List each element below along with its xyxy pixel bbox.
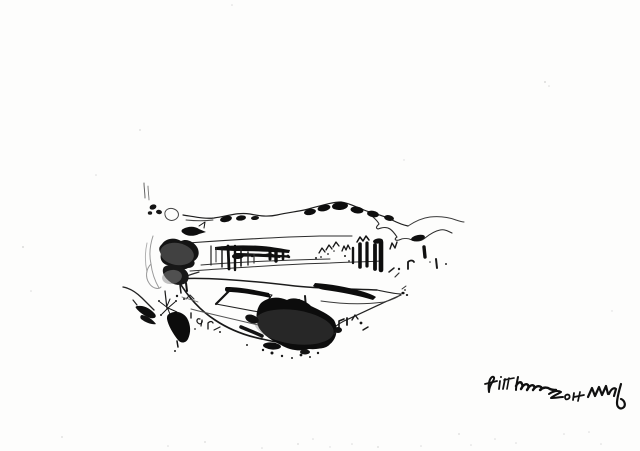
ridge-dab [236, 215, 247, 222]
tree-dot [183, 298, 185, 300]
tree-row-dot [344, 255, 346, 257]
tree-drip [180, 285, 181, 293]
paper-speckle [351, 443, 353, 445]
spatter-dot [271, 352, 274, 355]
tree-thin-stroke [148, 186, 149, 200]
paper-speckle [231, 4, 233, 6]
tree-row-dot [327, 253, 329, 255]
signature-stroke [516, 382, 556, 390]
slope-mark-r [408, 261, 414, 270]
spatter-dot [317, 352, 319, 354]
paper-speckle [167, 445, 169, 447]
paper-speckle [329, 446, 330, 447]
blob-lump [334, 327, 342, 333]
right-squiggle-dot [360, 322, 363, 325]
spatter-dot [300, 354, 303, 357]
paper-speckle [600, 443, 602, 445]
field-line-1 [188, 236, 352, 243]
left-squiggle [214, 327, 220, 330]
paper-speckle [204, 441, 206, 443]
ink-sketch-drawing [0, 0, 640, 451]
spatter-dot [309, 356, 311, 358]
paper-speckle [22, 246, 24, 248]
tree-row-squiggle [357, 236, 369, 242]
tree-row-dot [348, 260, 350, 262]
signature-stroke [504, 378, 514, 389]
right-squiggle [339, 319, 344, 328]
paper-speckle [261, 447, 263, 449]
foothill-zigzag [370, 214, 452, 241]
tree-dot [176, 295, 178, 297]
slope-mark-tick [436, 259, 437, 268]
slope-dot [398, 268, 400, 270]
tree-top-lump [149, 203, 157, 210]
paper-speckle [312, 438, 314, 440]
signature-i-dot [500, 376, 502, 378]
tree-branch-tick [133, 300, 137, 305]
skylight-left-edge [216, 289, 231, 304]
paper-speckle [515, 442, 517, 444]
spatter-dot [246, 344, 248, 346]
paper-speckle [611, 310, 612, 311]
slope-dot [445, 263, 447, 265]
paper-speckle [297, 443, 299, 445]
paper-speckle [420, 445, 422, 447]
tree-spike-dot [160, 314, 162, 316]
paper-speckle [494, 438, 496, 440]
roof-tip-dot [406, 294, 408, 296]
paper-speckle [139, 129, 141, 131]
spatter-dot [262, 349, 264, 351]
roof-tip-dot [401, 292, 404, 295]
signature-monogram-stroke [617, 384, 625, 408]
paper-speckle [544, 81, 546, 83]
ridge-dab [350, 206, 364, 215]
right-squiggle [363, 327, 368, 330]
mountain-ridge-tail [408, 217, 464, 226]
paper-speckle [470, 444, 472, 446]
paper-speckle [458, 433, 460, 435]
tree-row-squiggle [319, 242, 339, 253]
tree-trunk-line [146, 243, 148, 272]
roof-tip-tick [402, 286, 406, 289]
tree-thin-stroke [144, 183, 145, 198]
tree-bottom-drip [177, 341, 178, 347]
paper-speckle [403, 159, 404, 160]
left-squiggle-dot [194, 328, 196, 330]
signature-monogram-stroke [588, 386, 608, 397]
tree-row-dot [315, 257, 317, 259]
tree-trunk-line [150, 236, 159, 288]
paper-speckle [95, 174, 97, 176]
tree-top-lump [148, 211, 152, 215]
signature-date-stroke [565, 395, 570, 400]
tree-spike-dot [158, 300, 160, 302]
spatter-dot [281, 355, 283, 357]
signature-date-stroke [549, 391, 563, 398]
roof-tip-line [377, 290, 401, 294]
paper-speckle [548, 85, 550, 87]
paper-speckle [563, 433, 565, 435]
scanned-paper [0, 0, 640, 451]
paper-speckle [377, 446, 379, 448]
signature-monogram-stroke [609, 388, 616, 396]
slope-dot [429, 261, 431, 263]
slope-dash [395, 273, 399, 277]
left-squiggle-dot [219, 331, 221, 333]
slope-dash [389, 268, 394, 272]
tree-bird-blob [182, 227, 207, 236]
signature-stroke [489, 377, 494, 392]
tree-row-squiggle [342, 245, 350, 251]
signature-stroke [499, 381, 500, 389]
reed-stroke [228, 246, 229, 269]
tree-bottom-blob [167, 312, 190, 343]
mid-dark-dot [287, 255, 290, 258]
tree-spike-dot [175, 300, 177, 302]
tree-top-loop [165, 208, 179, 220]
paper-speckle [61, 436, 63, 438]
tree-row-dot [320, 256, 322, 258]
paper-speckle [588, 431, 590, 433]
ridge-dab [251, 216, 259, 221]
skylight-right-bar [313, 283, 376, 300]
right-squiggle [352, 315, 358, 320]
tree-bird-flag [199, 222, 205, 228]
slope-mark-n [390, 242, 397, 249]
slope-mark-bar [424, 247, 425, 257]
ridge-dab [220, 215, 233, 223]
tree-spike-dot [177, 312, 179, 314]
signature-date-stroke [574, 392, 584, 401]
ridge-dab [317, 204, 331, 213]
spatter-dot [291, 357, 293, 359]
tree-row-dot [333, 250, 335, 252]
mountain-ridge-underline [186, 220, 213, 221]
tree-bottom-dot [174, 350, 176, 352]
left-squiggle [197, 319, 202, 326]
dark-streak [215, 245, 290, 253]
left-squiggle [208, 322, 213, 330]
tree-drip [186, 283, 187, 291]
tree-top-lump [156, 209, 163, 214]
paper-speckle [30, 290, 32, 292]
roof-tip-dot [404, 289, 406, 291]
